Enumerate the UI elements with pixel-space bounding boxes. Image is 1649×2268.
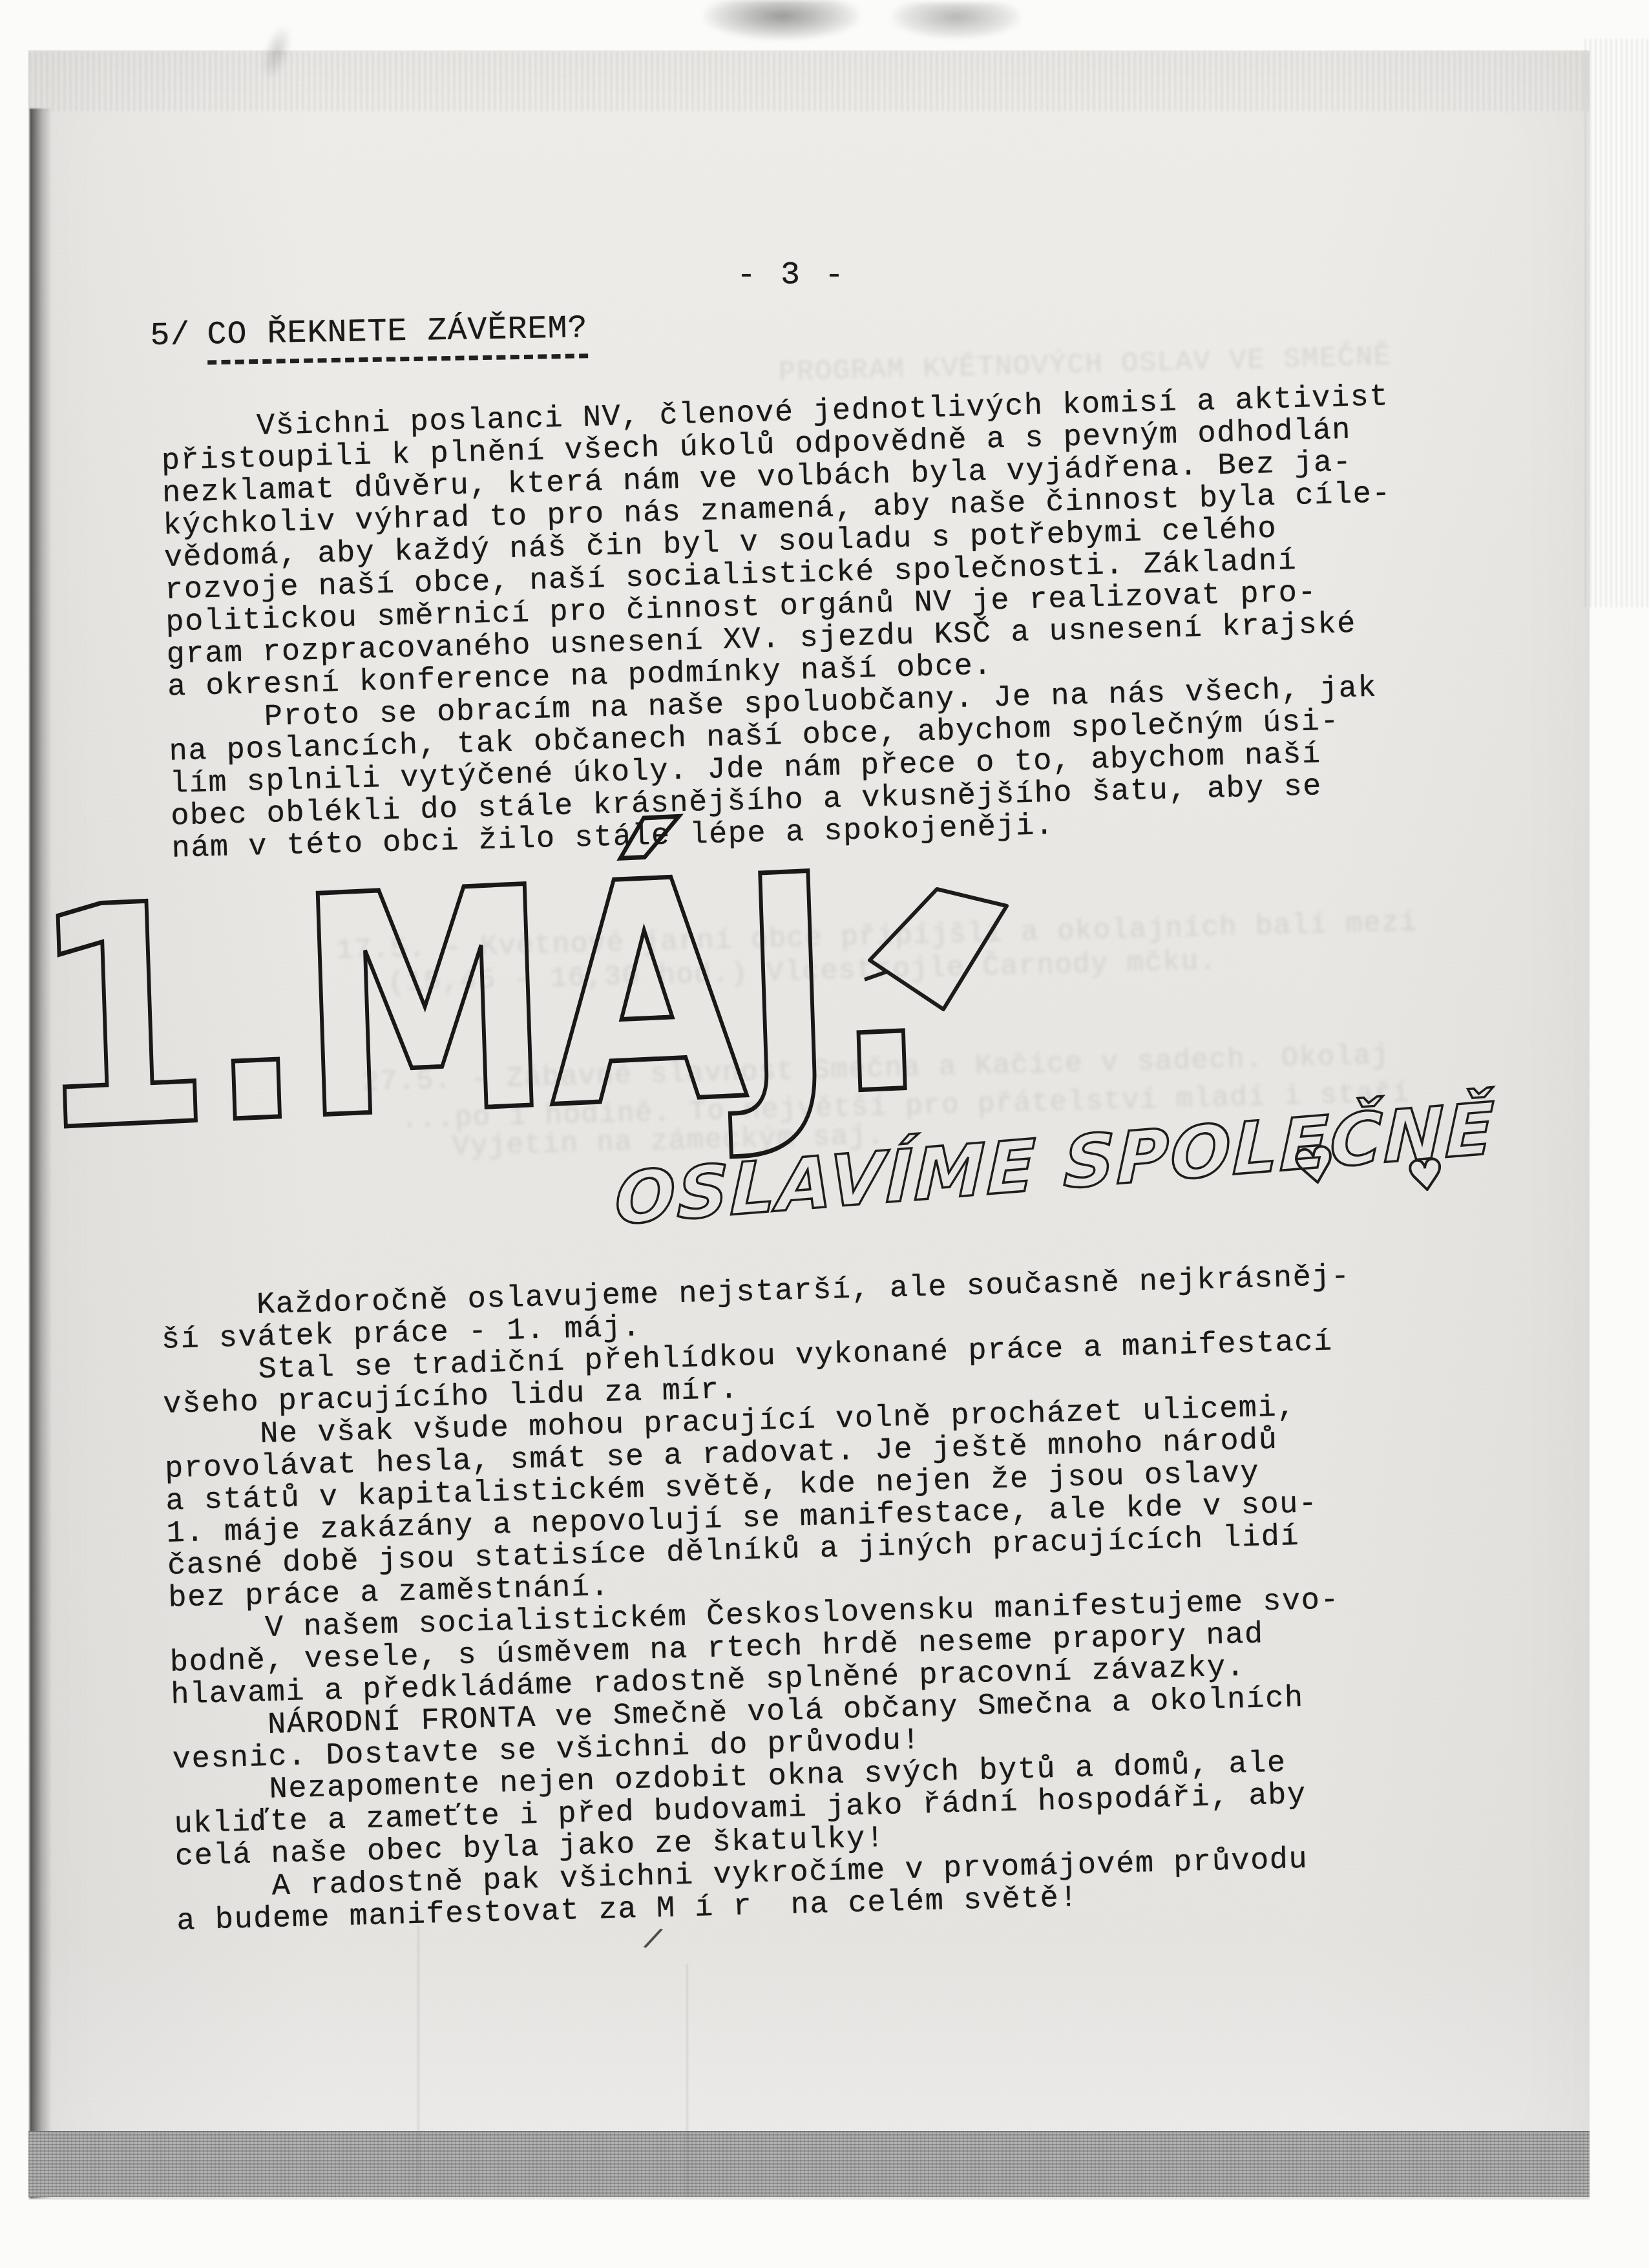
scan-top-smudge [704,0,859,40]
page-number: - 3 - [737,257,846,294]
heart-icon: ♥ [1290,1139,1340,1193]
poster-headline: 1.MÁJ. [28,830,929,1175]
heart-icon: ♥ [1405,1153,1447,1199]
section-heading-number: 5/ [150,317,191,355]
paragraph: Ne však všude mohou pracující volně proc… [163,1387,1473,1615]
paragraph-block-lower: Každoročně oslavujeme nejstarší, ale sou… [160,1258,1482,1938]
scan-top-smudge [892,3,1021,39]
scan-bottom-halftone-band [28,2131,1590,2197]
paragraph-block-upper: Všichni poslanci NV, členové jednotlivýc… [160,379,1477,866]
paper-crease-line [417,1926,419,2197]
document-scan: PROGRAM KVĚTNOVÝCH OSLAV VE SMEČNĚ 17.5.… [0,0,1649,2268]
paragraph: Všichni poslanci NV, členové jednotlivýc… [160,379,1473,704]
section-heading-title: CO ŘEKNETE ZÁVĚREM? [207,310,588,364]
paper-crease-line [686,1964,688,2197]
parallelogram-flag-icon [861,883,1016,1018]
scan-right-streaks [1584,39,1649,607]
section-heading: 5/CO ŘEKNETE ZÁVĚREM? [150,310,588,355]
